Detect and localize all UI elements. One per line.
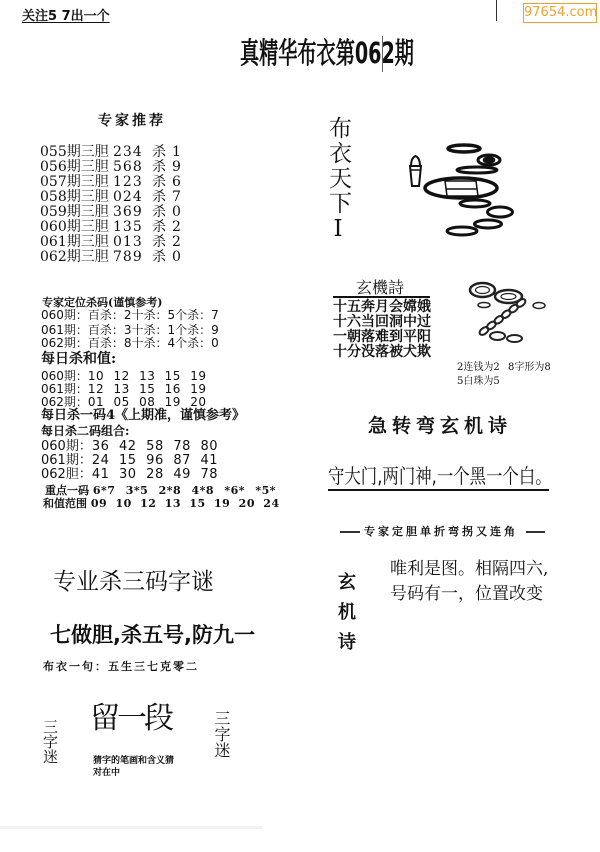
kill-label: 杀 bbox=[152, 145, 166, 160]
poem-line: 十六当回洞中过 bbox=[333, 315, 431, 329]
notice-text: 关注5 7出一个 bbox=[22, 10, 110, 23]
daily-kill-two-row: 062胆：41 30 28 49 78 bbox=[41, 468, 218, 481]
sum-range-label: 和值范围 bbox=[43, 497, 87, 510]
table-row: 057期三胆 123 杀 6 bbox=[0, 175, 260, 190]
period-cell: 058期三胆 bbox=[40, 190, 109, 205]
table-row: 056期三胆 568 杀 9 bbox=[0, 160, 260, 175]
mystic-poem-line: 号码有一，位置改变 bbox=[390, 586, 543, 603]
watermark-logo: 97654.com bbox=[523, 3, 597, 23]
period-label: 062期： bbox=[41, 395, 88, 409]
numbers-cell: 234 bbox=[113, 145, 143, 160]
brain-teaser-title: 急转弯玄机诗 bbox=[368, 417, 512, 436]
table-row: 058期三胆 024 杀 7 bbox=[0, 190, 260, 205]
table-row: 060期三胆 135 杀 2 bbox=[0, 220, 260, 235]
kill-cell: 6 bbox=[172, 175, 181, 190]
numbers-cell: 123 bbox=[113, 175, 143, 190]
table-row: 062期三胆 789 杀 0 bbox=[0, 250, 260, 265]
three-char-word: 留一段 bbox=[90, 704, 171, 734]
legend-item: 2连钱为2 bbox=[457, 363, 500, 373]
values: 12 13 15 16 19 bbox=[88, 382, 207, 396]
key-code-values: 6*7 3*5 2*8 4*8 *6* *5* bbox=[93, 484, 276, 497]
legend-item: 5白珠为5 bbox=[457, 377, 500, 385]
numbers-cell: 013 bbox=[113, 235, 143, 250]
poem-underline bbox=[333, 296, 430, 298]
period-cell: 056期三胆 bbox=[40, 160, 109, 175]
poem-line: 一朝落难到平阳 bbox=[333, 330, 431, 344]
three-char-label-right: 三字迷 bbox=[213, 710, 229, 758]
daily-sum-row: 061期：12 13 15 16 19 bbox=[41, 383, 207, 395]
key-code-row: 重点一码 6*7 3*5 2*8 4*8 *6* *5* bbox=[45, 485, 276, 496]
key-code-label: 重点一码 bbox=[45, 484, 89, 497]
table-row: 055期三胆 234 杀 1 bbox=[0, 145, 260, 160]
daily-sum-row: 060期：10 12 13 15 19 bbox=[41, 370, 207, 382]
table-row: 061期三胆 013 杀 2 bbox=[0, 235, 260, 250]
period-label: 060期： bbox=[41, 439, 92, 454]
period-cell: 061期三胆 bbox=[40, 235, 109, 250]
period-cell: 055期三胆 bbox=[40, 145, 109, 160]
page-title: 真精华布衣第062期 bbox=[240, 39, 414, 68]
position-kill-row: 061期：百杀：3十杀：1个杀：9 bbox=[41, 324, 219, 336]
period-label: 062胆： bbox=[41, 467, 92, 482]
brain-teaser-underline bbox=[328, 489, 549, 491]
kill-label: 杀 bbox=[152, 175, 166, 190]
kill-label: 杀 bbox=[152, 220, 166, 235]
kill-label: 杀 bbox=[152, 235, 166, 250]
daily-kill-one: 每日杀一码4《上期准，谨慎参考》 bbox=[41, 409, 245, 422]
kill-label: 杀 bbox=[152, 160, 166, 175]
kill-cell: 7 bbox=[172, 190, 181, 205]
chain-drawing-icon bbox=[395, 138, 520, 240]
numbers-cell: 568 bbox=[113, 160, 143, 175]
dash-left bbox=[340, 531, 360, 533]
position-kill-row: 062期：百杀：8十杀：4个杀：0 bbox=[41, 337, 219, 349]
period-cell: 062期三胆 bbox=[40, 250, 109, 265]
period-cell: 060期三胆 bbox=[40, 220, 109, 235]
period-label: 061期： bbox=[41, 453, 92, 468]
brain-teaser-line: 守大门,两门神,一个黑一个白。 bbox=[328, 466, 552, 486]
divider-line bbox=[496, 0, 497, 21]
kill-cell: 1 bbox=[172, 145, 181, 160]
kill-cell: 2 bbox=[172, 235, 181, 250]
expert-recommend-heading: 专家推荐 bbox=[98, 114, 166, 128]
poem-line: 十分没落被犬欺 bbox=[333, 345, 431, 359]
kill-label: 杀 bbox=[152, 190, 166, 205]
position-kill-row: 060期：百杀：2十杀：5个杀：7 bbox=[41, 309, 219, 321]
values: 24 15 96 87 41 bbox=[92, 453, 218, 468]
expert-line: 专家定胆单折弯拐又连角 bbox=[364, 526, 518, 537]
kill-cell: 2 bbox=[172, 220, 181, 235]
poem-heading: 玄機詩 bbox=[356, 280, 404, 296]
dash-right bbox=[526, 531, 545, 533]
values: 01 05 08 19 20 bbox=[88, 395, 207, 409]
daily-kill-two-row: 061期：24 15 96 87 41 bbox=[41, 454, 218, 467]
numbers-cell: 024 bbox=[113, 190, 143, 205]
daily-sum-kill-heading: 每日杀和值: bbox=[41, 352, 116, 366]
kill-label: 杀 bbox=[152, 250, 166, 265]
position-kill-heading: 专家定位杀码(谨慎参考) bbox=[42, 297, 162, 308]
period-cell: 057期三胆 bbox=[40, 175, 109, 190]
numbers-cell: 789 bbox=[113, 250, 143, 265]
buyi-vertical-title: 布衣天下I bbox=[326, 116, 349, 244]
daily-kill-two-heading: 每日杀二码组合: bbox=[41, 425, 129, 437]
mystic-poem-line: 唯利是图。相隔四六, bbox=[390, 561, 548, 578]
kill-cell: 9 bbox=[172, 160, 181, 175]
drawing-legend: 2连钱为2 8字形为8 5白珠为5 bbox=[457, 361, 567, 385]
daily-kill-two-row: 060期：36 42 58 78 80 bbox=[41, 440, 218, 453]
three-char-hint: 猜字的笔画和含义猜对在中 bbox=[93, 755, 177, 779]
poem-line: 十五奔月会嫦娥 bbox=[333, 300, 431, 314]
period-label: 061期： bbox=[41, 382, 88, 396]
period-cell: 059期三胆 bbox=[40, 205, 109, 220]
mystic-poem-label: 玄机诗 bbox=[336, 572, 354, 662]
values: 10 12 13 15 19 bbox=[88, 369, 207, 383]
period-label: 060期： bbox=[41, 369, 88, 383]
values: 36 42 58 78 80 bbox=[92, 439, 218, 454]
three-char-label-left: 三字迷 bbox=[42, 719, 57, 764]
numbers-cell: 135 bbox=[113, 220, 143, 235]
faint-scan-band bbox=[0, 826, 262, 829]
table-row: 059期三胆 369 杀 0 bbox=[0, 205, 260, 220]
coin-chain-drawing-icon bbox=[460, 275, 555, 347]
sum-range-values: 09 10 12 13 15 19 20 24 bbox=[91, 497, 280, 510]
kill-cell: 0 bbox=[172, 205, 181, 220]
riddle-main: 七做胆,杀五号,防九一 bbox=[50, 625, 255, 646]
legend-item: 8字形为8 bbox=[508, 363, 551, 373]
riddle-heading: 专业杀三码字谜 bbox=[53, 571, 214, 594]
kill-label: 杀 bbox=[152, 205, 166, 220]
title-divider bbox=[382, 36, 383, 72]
kill-cell: 0 bbox=[172, 250, 181, 265]
numbers-cell: 369 bbox=[113, 205, 143, 220]
values: 41 30 28 49 78 bbox=[92, 467, 218, 482]
sum-range-row: 和值范围 09 10 12 13 15 19 20 24 bbox=[43, 498, 280, 509]
riddle-sentence: 布衣一句：五生三七克零二 bbox=[43, 661, 199, 672]
daily-sum-row: 062期：01 05 08 19 20 bbox=[41, 396, 207, 408]
